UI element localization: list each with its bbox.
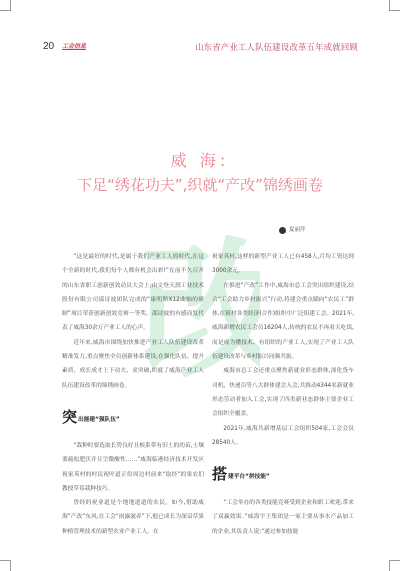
left-column: “这是最好的时代,是属于我们产业工人的时代,在这个全新的时代,我们每个人都有机会… <box>62 250 204 539</box>
right-column: 祝家英村,这样的新型产业工人已有458人,月均工资达到3000余元。 在推进“产… <box>212 250 354 539</box>
section-heading-text: 出能建“强队伍” <box>78 416 120 424</box>
crop-mark-top-left <box>0 0 11 11</box>
section-heading-initial: 突 <box>62 409 77 425</box>
title-line-2: 下足“绣花功夫”,织就“产改”锦绣画卷 <box>0 174 400 196</box>
section-heading-text: 建平台“拼技能” <box>228 473 270 481</box>
paragraph: 威海市总工会还重点聚焦新就业形态群体,深化货车司机、快递员等八大群体建会入会,共… <box>212 364 354 421</box>
author-byline: 夏丽萍 <box>279 226 306 234</box>
author-icon <box>279 227 286 234</box>
paragraph: “栽种时要选取长势良好且根系带有旧土的幼苗,土壤要疏松肥沃并且呈微酸性……”威海… <box>62 439 204 496</box>
paragraph: “工会举办的各类技能竞赛受到企业和职工欢迎,带来了双赢效果。”威海宇王集团是一家… <box>212 496 354 539</box>
author-name: 夏丽萍 <box>289 226 306 234</box>
page-header: 20 工会信息 山东省产业工人队伍建设改革五年成就回顾 <box>43 40 358 54</box>
crop-mark-bottom-right <box>389 560 400 571</box>
paragraph-continued: 祝家英村,这样的新型产业工人已有458人,月均工资达到3000余元。 <box>212 250 354 279</box>
paragraph: 曾经的祝业道是个地地道道的农民。如今,借助威海“产改”东风,在工会“雨露滋养”下… <box>62 496 204 539</box>
crop-mark-bottom-left <box>0 560 11 571</box>
section-heading-2: 搭 建平台“拼技能” <box>212 466 354 482</box>
paragraph: “这是最好的时代,是属于我们产业工人的时代,在这个全新的时代,我们每个人都有机会… <box>62 250 204 336</box>
paragraph: 近年来,威海市围绕加快推进产业工人队伍建设改革精准发力,重点聚焦全员创新体系建设… <box>62 336 204 393</box>
brand-logo: 工会信息 <box>62 42 86 52</box>
running-title: 山东省产业工人队伍建设改革五年成就回顾 <box>195 40 358 54</box>
section-heading-1: 突 出能建“强队伍” <box>62 409 204 425</box>
section-heading-initial: 搭 <box>212 466 227 482</box>
article-title: 威 海: 下足“绣花功夫”,织就“产改”锦绣画卷 <box>0 150 400 196</box>
title-line-1: 威 海: <box>0 150 400 172</box>
paragraph: 在推进“产改”工作中,威海市总工会突出组织建设,结合“工会助力乡村振兴”行动,将… <box>212 279 354 365</box>
page-number: 20 <box>43 40 54 54</box>
crop-mark-top-right <box>389 0 400 11</box>
paragraph: 2021年,威海共新增基层工会组织504家,工会会员28540人。 <box>212 422 354 451</box>
